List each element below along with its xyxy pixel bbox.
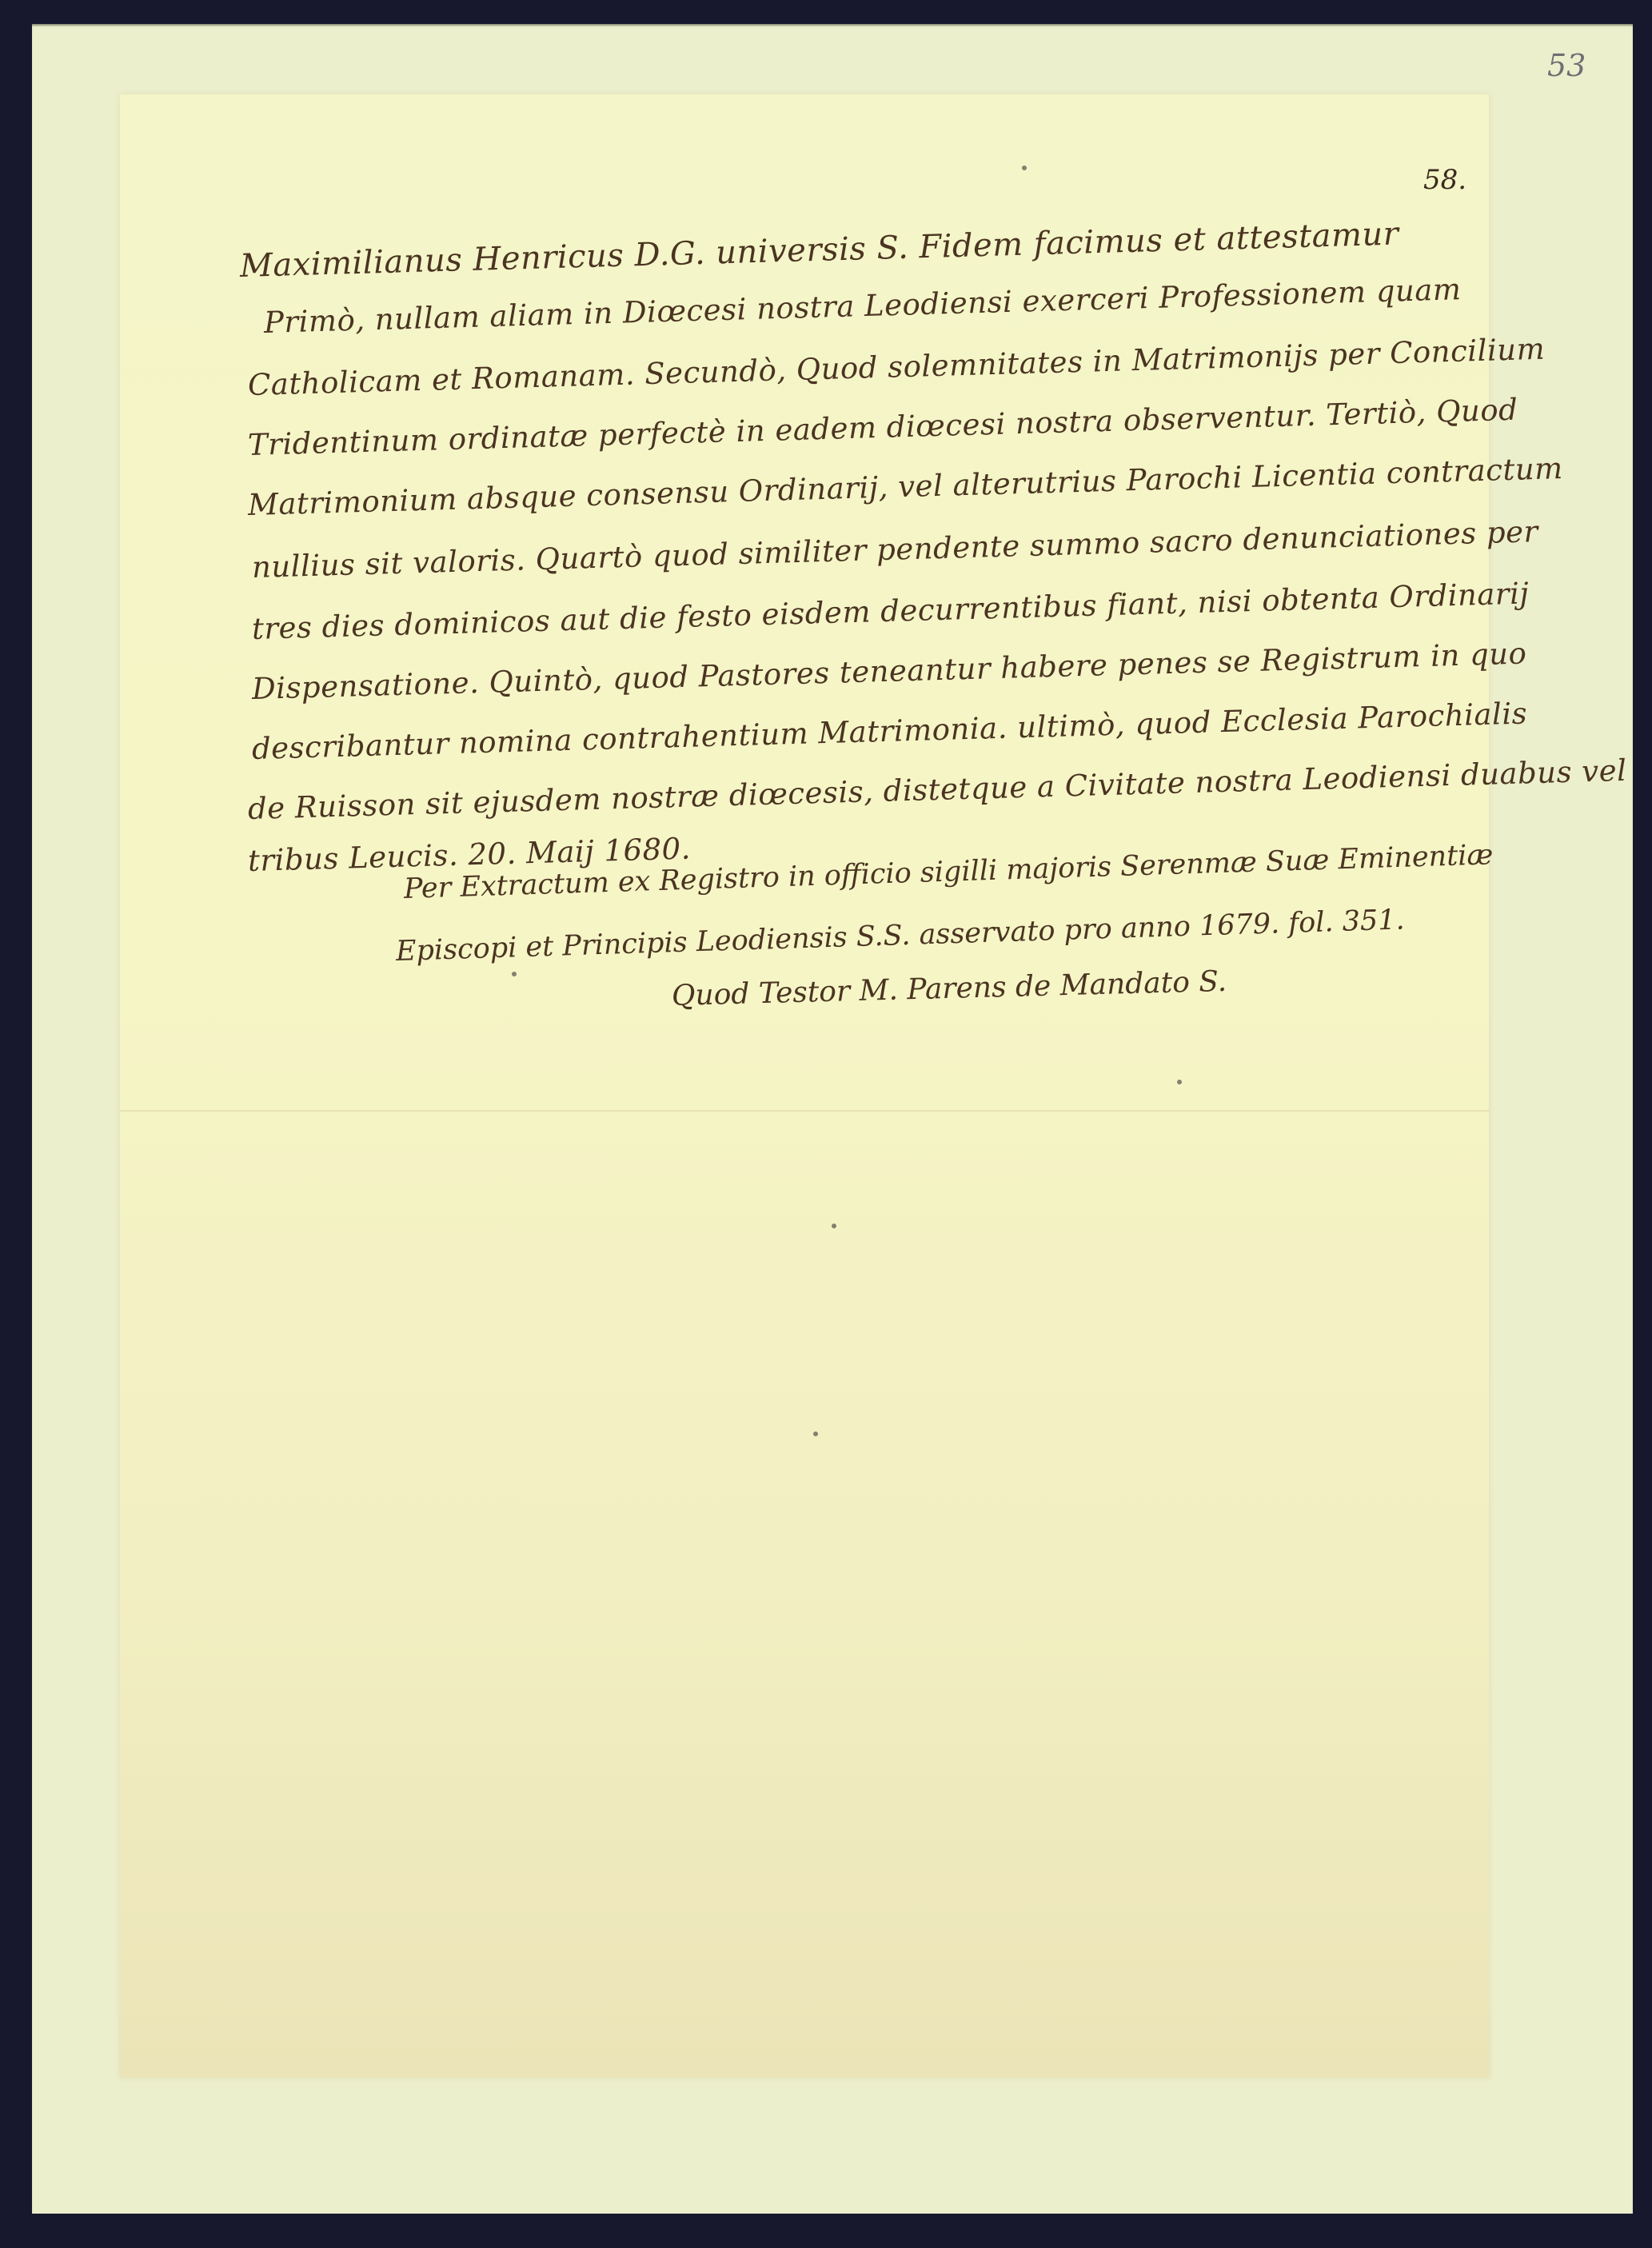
ink-speck [813,1431,818,1436]
ink-speck [832,1224,836,1228]
ink-speck [512,972,517,976]
ink-speck [1177,1080,1182,1084]
folio-ink-number: 58. [1423,164,1466,196]
ink-speck [1022,166,1027,170]
folio-stamp-number: 53 [1547,48,1586,83]
